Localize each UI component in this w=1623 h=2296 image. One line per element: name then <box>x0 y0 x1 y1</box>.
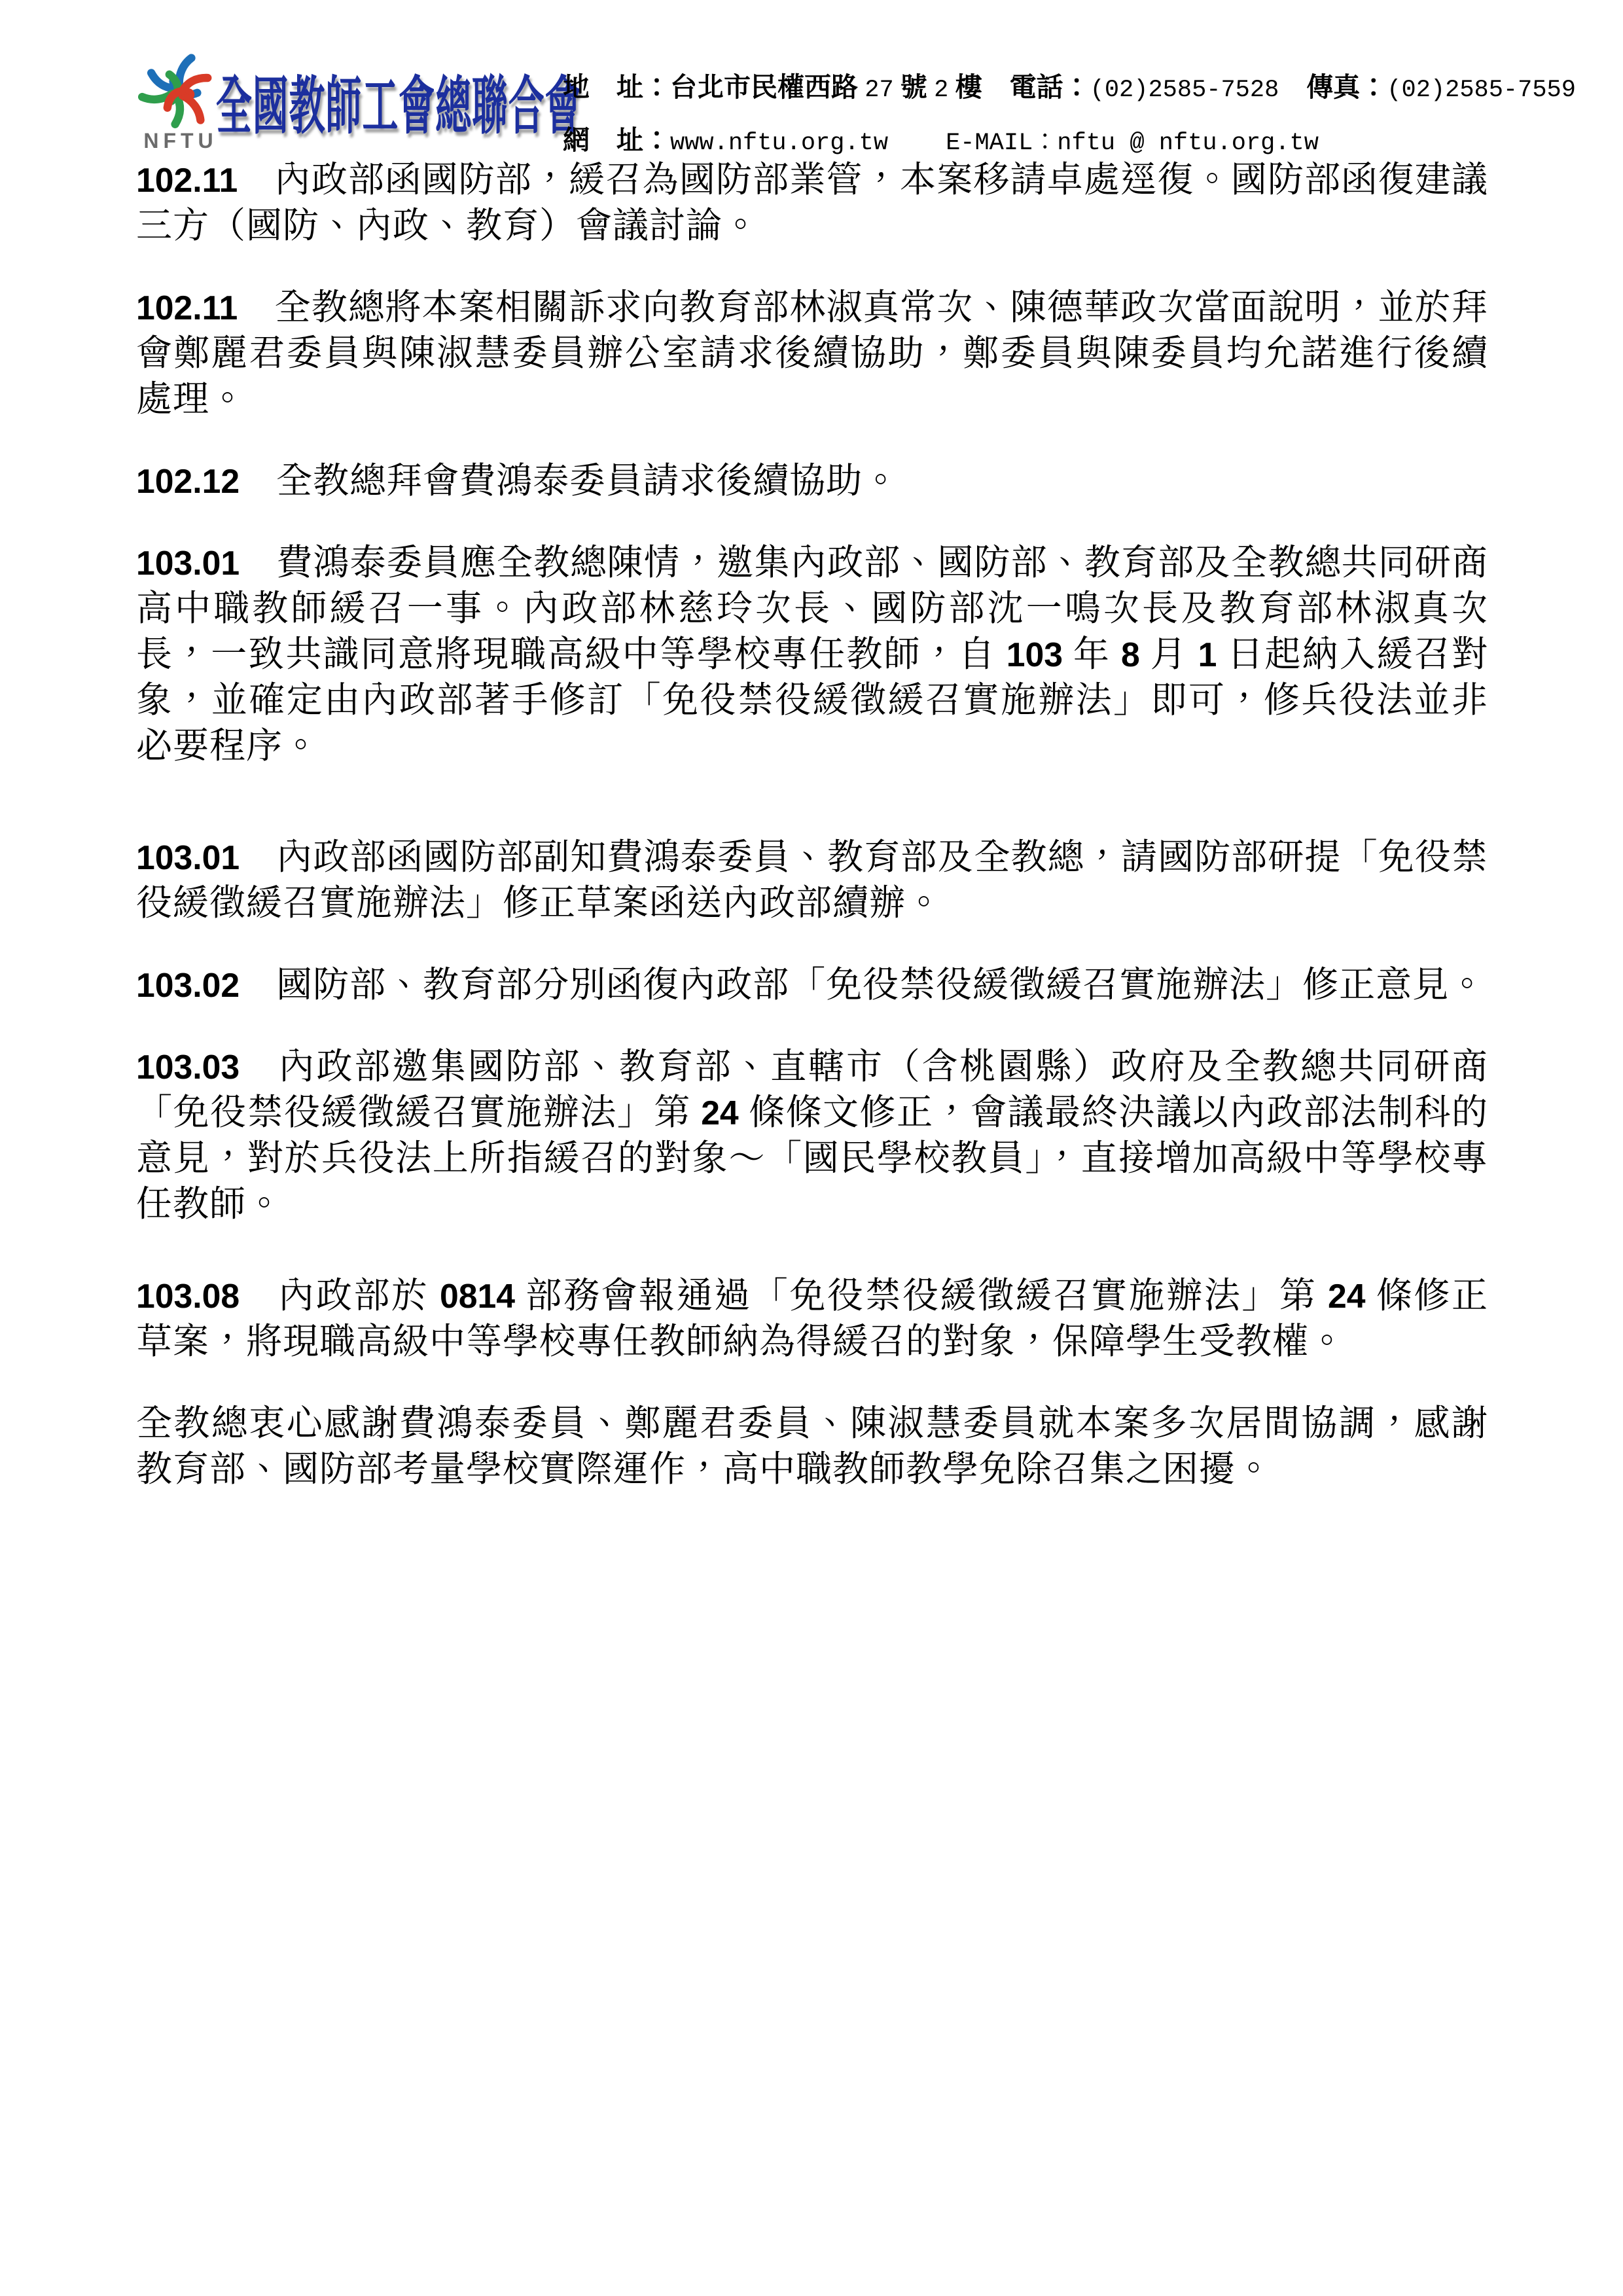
paragraph: 102.11 內政部函國防部，緩召為國防部業管，本案移請卓處逕復。國防部函復建議… <box>136 157 1488 249</box>
phone-value: (02)2585-7528 <box>1090 77 1279 104</box>
paragraph: 103.03 內政部邀集國防部、教育部、直轄市（含桃園縣）政府及全教總共同研商「… <box>136 1044 1488 1227</box>
phone-label: 電話： <box>1010 65 1090 104</box>
fax-value: (02)2585-7559 <box>1387 77 1576 104</box>
document-page: NFTU 全國教師工會總聯合會 地 址： 台北市民權西路 27 號 2 樓 電話… <box>0 0 1623 2296</box>
email-label: E-MAIL： <box>946 121 1057 157</box>
nftu-logo-icon <box>137 50 219 131</box>
nftu-acronym: NFTU <box>141 129 220 153</box>
paragraph: 103.02 國防部、教育部分別函復內政部「免役禁役緩徵緩召實施辦法」修正意見。 <box>136 962 1488 1008</box>
email-value: nftu @ nftu.org.tw <box>1057 130 1319 157</box>
address-value: 台北市民權西路 27 號 2 樓 <box>670 65 982 104</box>
contact-block: 地 址： 台北市民權西路 27 號 2 樓 電話： (02)2585-7528 … <box>563 65 1576 171</box>
paragraph: 103.01 費鴻泰委員應全教總陳情，邀集內政部、國防部、教育部及全教總共同研商… <box>136 540 1488 769</box>
paragraph: 102.12 全教總拜會費鴻泰委員請求後續協助。 <box>136 458 1488 504</box>
website-value: www.nftu.org.tw <box>670 130 888 157</box>
paragraph: 103.08 內政部於 0814 部務會報通過「免役禁役緩徵緩召實施辦法」第 2… <box>136 1273 1488 1365</box>
document-body: 102.11 內政部函國防部，緩召為國防部業管，本案移請卓處逕復。國防部函復建議… <box>136 157 1488 1528</box>
contact-row-2: 網 址： www.nftu.org.tw E-MAIL： nftu @ nftu… <box>563 118 1576 157</box>
paragraph: 全教總衷心感謝費鴻泰委員、鄭麗君委員、陳淑慧委員就本案多次居間協調，感謝教育部、… <box>136 1401 1488 1492</box>
contact-row-1: 地 址： 台北市民權西路 27 號 2 樓 電話： (02)2585-7528 … <box>563 65 1576 104</box>
address-label: 地 址： <box>563 65 670 104</box>
website-label: 網 址： <box>563 118 670 157</box>
fax-label: 傳真： <box>1306 65 1387 104</box>
paragraph: 102.11 全教總將本案相關訴求向教育部林淑真常次、陳德華政次當面說明，並於拜… <box>136 285 1488 422</box>
org-name: 全國教師工會總聯合會 <box>216 56 582 146</box>
paragraph: 103.01 內政部函國防部副知費鴻泰委員、教育部及全教總，請國防部研提「免役禁… <box>136 834 1488 926</box>
